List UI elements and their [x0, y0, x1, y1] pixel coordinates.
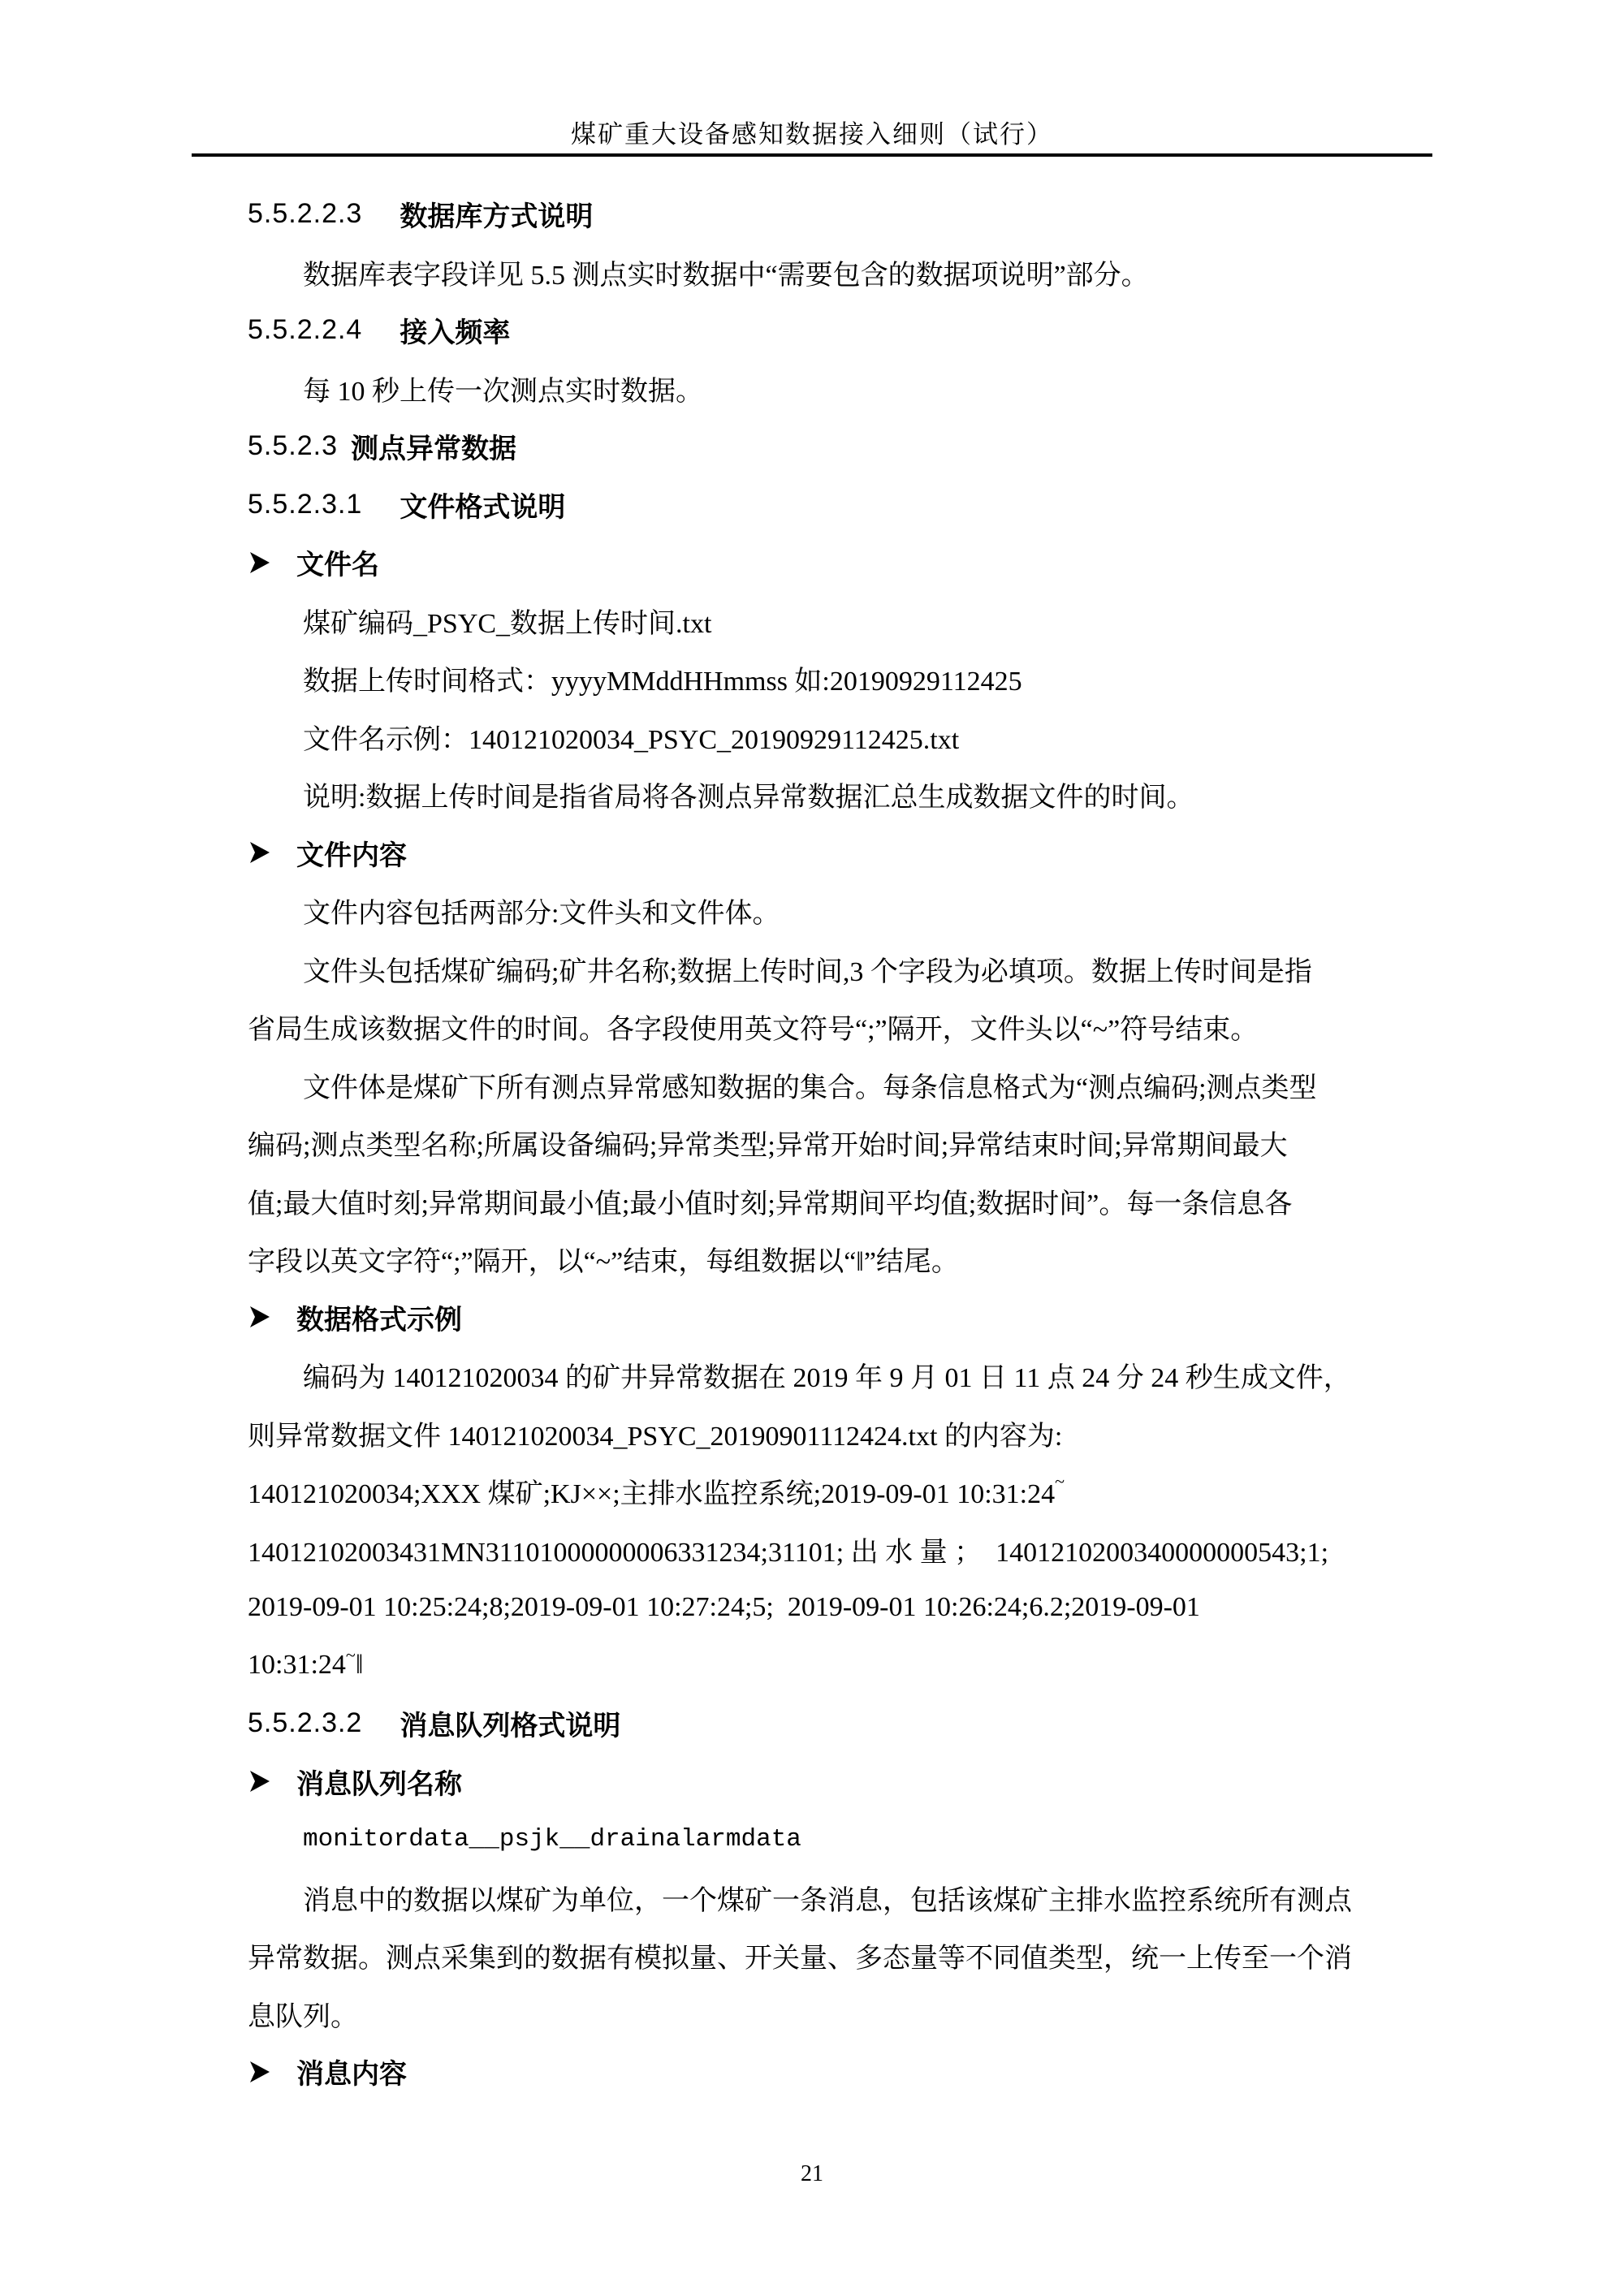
paragraph-text: 值;最大值时刻;异常期间最小值;最小值时刻;异常期间平均值;数据时间”。每一条信…	[248, 1181, 1292, 1221]
paragraph-text: 数据库表字段详见 5.5 测点实时数据中“需要包含的数据项说明”部分。	[303, 252, 1149, 292]
paragraph-text: 息队列。	[248, 1994, 358, 2034]
paragraph-line: 息队列。	[248, 1985, 1410, 2044]
paragraph-line: 文件头包括煤矿编码;矿井名称;数据上传时间,3 个字段为必填项。数据上传时间是指	[248, 940, 1410, 999]
paragraph-text: 编码为 140121020034 的矿井异常数据在 2019 年 9 月 01 …	[303, 1355, 1351, 1395]
arrow-bullet-icon	[248, 549, 272, 576]
arrow-bullet-icon	[248, 2058, 272, 2086]
page-header-title: 煤矿重大设备感知数据接入细则（试行）	[0, 114, 1624, 150]
paragraph-text: 字段以英文字符“;”隔开，以“~”结束，每组数据以“‖”结尾。	[248, 1239, 959, 1279]
paragraph-text: 说明:数据上传时间是指省局将各测点异常数据汇总生成数据文件的时间。	[303, 775, 1194, 814]
paragraph-text: 文件内容包括两部分:文件头和文件体。	[303, 891, 780, 930]
heading-label: 接入频率	[400, 310, 510, 350]
heading-label: 消息队列格式说明	[400, 1703, 620, 1743]
section-heading-5-5-2-2-3: 5.5.2.2.3数据库方式说明	[248, 185, 1410, 244]
heading-number: 5.5.2.3.2	[248, 1707, 362, 1739]
bullet-label: 消息内容	[296, 2052, 407, 2091]
paragraph-text: 省局生成该数据文件的时间。各字段使用英文符号“;”隔开，文件头以“~”符号结束。	[248, 1007, 1258, 1047]
paragraph-line: 每 10 秒上传一次测点实时数据。	[248, 360, 1410, 418]
record-terminator: ‖	[356, 1650, 364, 1681]
paragraph-line: 省局生成该数据文件的时间。各字段使用英文符号“;”隔开，文件头以“~”符号结束。	[248, 998, 1410, 1056]
bullet-label: 数据格式示例	[296, 1297, 462, 1337]
file-name-example-line: 文件名示例：140121020034_PSYC_20190929112425.t…	[248, 708, 1410, 766]
paragraph-line: 文件内容包括两部分:文件头和文件体。	[248, 882, 1410, 940]
mono-text: monitordata__psjk__drainalarmdata	[303, 1825, 801, 1854]
bullet-item-message-content: 消息内容	[248, 2043, 1410, 2101]
paragraph-text: 文件头包括煤矿编码;矿井名称;数据上传时间,3 个字段为必填项。数据上传时间是指	[303, 949, 1312, 989]
paragraph-text: 文件体是煤矿下所有测点异常感知数据的集合。每条信息格式为“测点编码;测点类型	[303, 1065, 1317, 1105]
data-text: 2019-09-01 10:25:24;8;2019-09-01 10:27:2…	[248, 1592, 1200, 1623]
heading-number: 5.5.2.2.3	[248, 198, 362, 230]
queue-name-value: monitordata__psjk__drainalarmdata	[248, 1810, 1410, 1869]
heading-label: 文件格式说明	[400, 485, 565, 524]
data-example-body-line: 2019-09-01 10:25:24;8;2019-09-01 10:27:2…	[248, 1578, 1410, 1637]
heading-number: 5.5.2.3	[248, 430, 338, 462]
heading-number: 5.5.2.2.4	[248, 314, 362, 346]
section-heading-5-5-2-2-4: 5.5.2.2.4接入频率	[248, 301, 1410, 360]
heading-number: 5.5.2.3.1	[248, 489, 362, 520]
arrow-bullet-icon	[248, 839, 272, 866]
heading-label: 数据库方式说明	[400, 194, 593, 234]
paragraph-text: 每 10 秒上传一次测点实时数据。	[303, 369, 703, 408]
data-example-header-line: 140121020034;XXX 煤矿;KJ××;主排水监控系统;2019-09…	[248, 1462, 1410, 1521]
paragraph-text: 编码;测点类型名称;所属设备编码;异常类型;异常开始时间;异常结束时间;异常期间…	[248, 1123, 1288, 1163]
paragraph-text: 数据上传时间格式：yyyyMMddHHmmss 如:20190929112425	[303, 658, 1022, 698]
section-heading-5-5-2-3: 5.5.2.3测点异常数据	[248, 417, 1410, 476]
paragraph-line: 字段以英文字符“;”隔开，以“~”结束，每组数据以“‖”结尾。	[248, 1230, 1410, 1288]
bullet-item-filename: 文件名	[248, 533, 1410, 592]
paragraph-text: 文件名示例：140121020034_PSYC_20190929112425.t…	[303, 717, 959, 757]
paragraph-line: 文件体是煤矿下所有测点异常感知数据的集合。每条信息格式为“测点编码;测点类型	[248, 1056, 1410, 1115]
bullet-label: 文件内容	[296, 833, 407, 873]
section-heading-5-5-2-3-1: 5.5.2.3.1文件格式说明	[248, 476, 1410, 534]
data-example-body-line: 14012102003431MN31101000000006331234;311…	[248, 1521, 1410, 1579]
paragraph-line: 值;最大值时刻;异常期间最小值;最小值时刻;异常期间平均值;数据时间”。每一条信…	[248, 1172, 1410, 1231]
bullet-label: 消息队列名称	[296, 1762, 462, 1802]
bullet-item-queue-name: 消息队列名称	[248, 1753, 1410, 1811]
paragraph-line: 编码为 140121020034 的矿井异常数据在 2019 年 9 月 01 …	[248, 1346, 1410, 1405]
timestamp-format-line: 数据上传时间格式：yyyyMMddHHmmss 如:20190929112425	[248, 650, 1410, 708]
bullet-item-file-content: 文件内容	[248, 824, 1410, 883]
section-heading-5-5-2-3-2: 5.5.2.3.2消息队列格式说明	[248, 1694, 1410, 1753]
paragraph-line: 数据库表字段详见 5.5 测点实时数据中“需要包含的数据项说明”部分。	[248, 244, 1410, 302]
paragraph-line: 则异常数据文件 140121020034_PSYC_20190901112424…	[248, 1405, 1410, 1463]
paragraph-text: 则异常数据文件 140121020034_PSYC_20190901112424…	[248, 1413, 1062, 1453]
heading-label: 测点异常数据	[351, 426, 516, 466]
paragraph-text: 异常数据。测点采集到的数据有模拟量、开关量、多态量等不同值类型，统一上传至一个消	[248, 1936, 1352, 1975]
paragraph-line: 异常数据。测点采集到的数据有模拟量、开关量、多态量等不同值类型，统一上传至一个消	[248, 1927, 1410, 1985]
paragraph-line: 编码;测点类型名称;所属设备编码;异常类型;异常开始时间;异常结束时间;异常期间…	[248, 1114, 1410, 1172]
data-example-end-line: 10:31:24~‖	[248, 1637, 1410, 1695]
arrow-bullet-icon	[248, 1767, 272, 1795]
data-text: 10:31:24	[248, 1650, 346, 1681]
arrow-bullet-icon	[248, 1303, 272, 1331]
document-body: 5.5.2.2.3数据库方式说明 数据库表字段详见 5.5 测点实时数据中“需要…	[248, 185, 1410, 2101]
bullet-item-data-format-example: 数据格式示例	[248, 1288, 1410, 1347]
file-name-pattern-line: 煤矿编码_PSYC_数据上传时间.txt	[248, 592, 1410, 650]
header-divider	[192, 153, 1432, 157]
data-text: 140121020034;XXX 煤矿;KJ××;主排水监控系统;2019-09…	[248, 1471, 1055, 1511]
page-number: 21	[0, 2161, 1624, 2187]
paragraph-line: 消息中的数据以煤矿为单位，一个煤矿一条消息，包括该煤矿主排水监控系统所有测点	[248, 1869, 1410, 1927]
paragraph-text: 煤矿编码_PSYC_数据上传时间.txt	[303, 601, 711, 641]
paragraph-text: 消息中的数据以煤矿为单位，一个煤矿一条消息，包括该煤矿主排水监控系统所有测点	[303, 1878, 1352, 1918]
bullet-label: 文件名	[296, 542, 379, 582]
file-name-note-line: 说明:数据上传时间是指省局将各测点异常数据汇总生成数据文件的时间。	[248, 766, 1410, 824]
data-text: 14012102003431MN31101000000006331234;311…	[248, 1530, 1328, 1569]
